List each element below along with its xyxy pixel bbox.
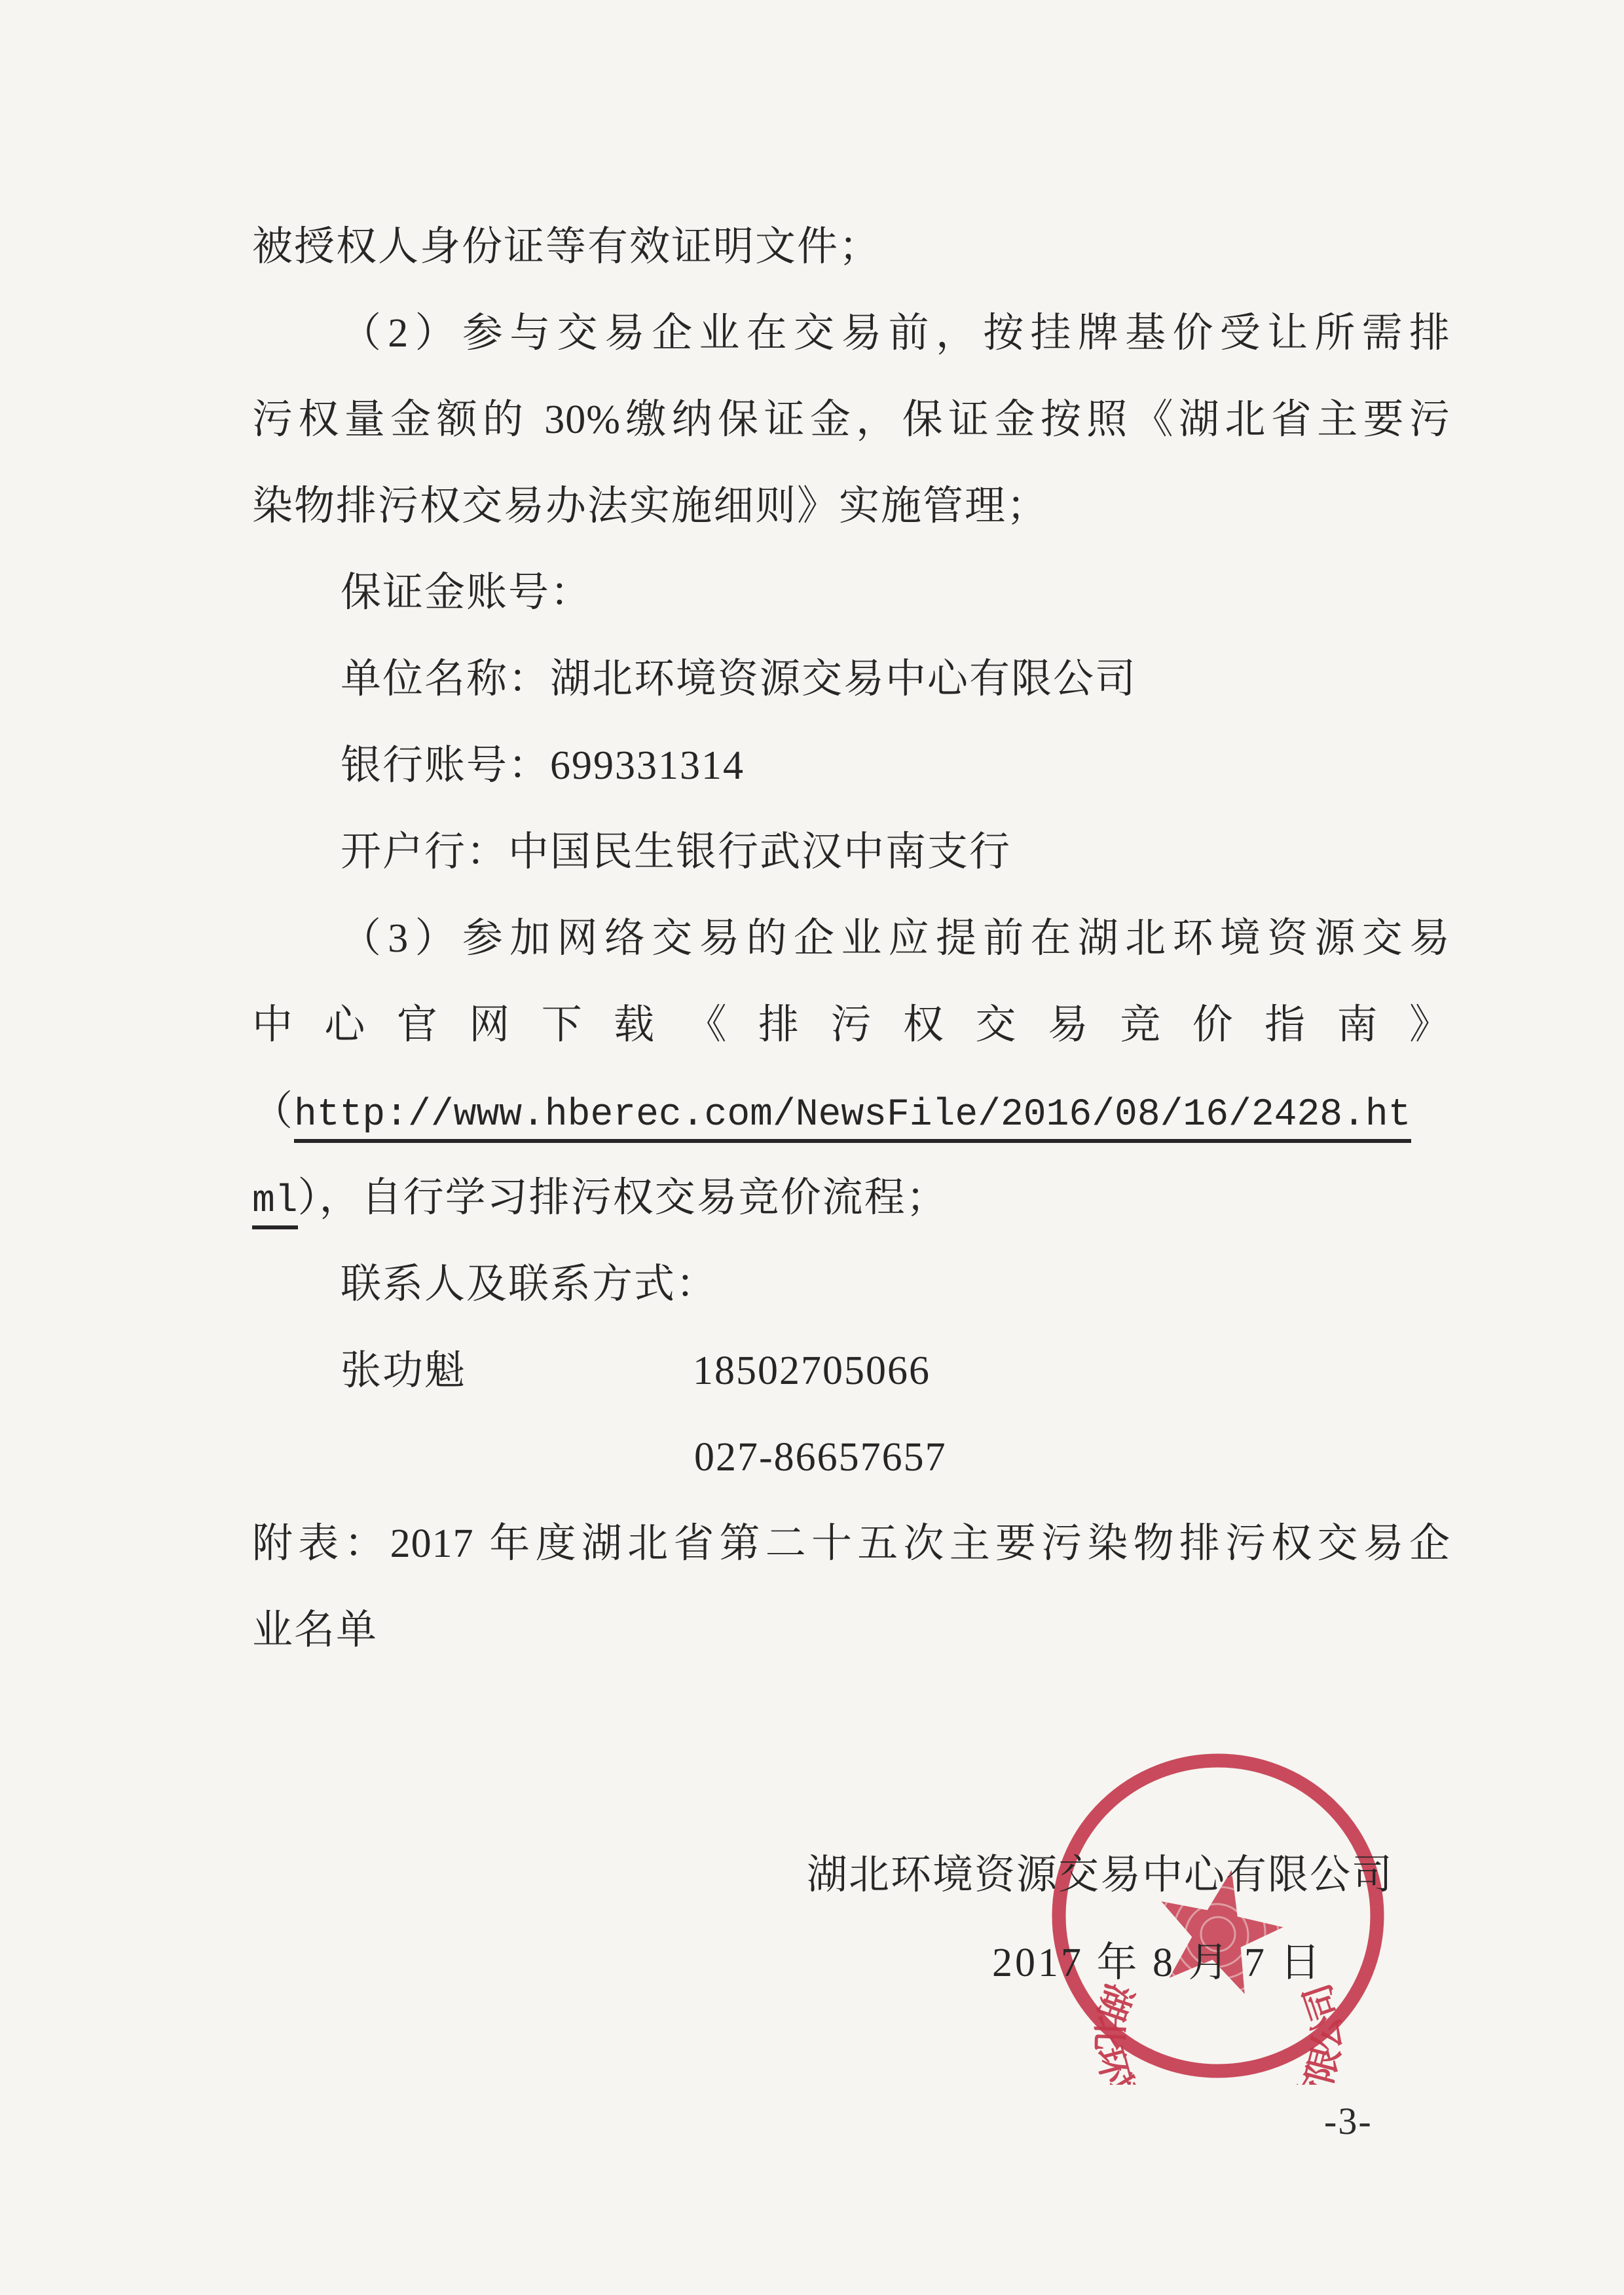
document-url-part2: ml <box>252 1180 298 1229</box>
body-line-para2-2: 污权量金额的 30%缴纳保证金，保证金按照《湖北省主要污 <box>252 396 1450 444</box>
bank-branch-line: 开户行：中国民生银行武汉中南支行 <box>341 828 1011 876</box>
body-line-para2-1: （2）参与交易企业在交易前，按挂牌基价受让所需排 <box>341 309 1450 358</box>
attachment-line-2: 业名单 <box>252 1606 378 1654</box>
url-close-text: ），自行学习排污权交易竞价流程； <box>298 1176 948 1220</box>
page-number: -3- <box>1324 2099 1373 2143</box>
contact-landline: 027-86657657 <box>694 1433 947 1482</box>
contact-mobile: 18502705066 <box>693 1349 931 1393</box>
body-line-para3-2: 中 心 官 网 下 载 《 排 污 权 交 易 竞 价 指 南 》 <box>252 1001 1450 1049</box>
document-url-part1: http://www.hberec.com/NewsFile/2016/08/1… <box>294 1094 1411 1143</box>
contact-label-line: 联系人及联系方式： <box>341 1260 718 1309</box>
contact-name: 张功魁 <box>341 1349 466 1393</box>
bank-account-line: 银行账号：699331314 <box>341 741 745 790</box>
unit-name-line: 单位名称：湖北环境资源交易中心有限公司 <box>341 655 1137 703</box>
url-open-paren: （ <box>252 1089 294 1134</box>
body-line-para3-1: （3）参加网络交易的企业应提前在湖北环境资源交易 <box>341 914 1450 963</box>
attachment-line-1: 附表：2017 年度湖北省第二十五次主要污染物排污权交易企 <box>252 1520 1450 1568</box>
signature-date: 2017 年 8 月 7 日 <box>992 1930 1323 1988</box>
signature-company: 湖北环境资源交易中心有限公司 <box>807 1842 1393 1900</box>
deposit-account-label: 保证金账号： <box>341 569 592 617</box>
url-continuation-line: ml），自行学习排污权交易竞价流程； <box>252 1174 948 1225</box>
body-line-certificates: 被授权人身份证等有效证明文件； <box>252 223 881 271</box>
scanned-document-page: 被授权人身份证等有效证明文件； （2）参与交易企业在交易前，按挂牌基价受让所需排… <box>0 0 1624 2295</box>
seal-graphic: 湖北环境资源交易中心有限公司 <box>1050 1747 1387 2085</box>
body-line-para2-3: 染物排污权交易办法实施细则》实施管理； <box>252 482 1048 531</box>
url-line: （http://www.hberec.com/NewsFile/2016/08/… <box>252 1087 1411 1138</box>
contact-line: 张功魁18502705066 <box>341 1347 931 1395</box>
official-seal: 湖北环境资源交易中心有限公司 <box>1050 1747 1387 2088</box>
